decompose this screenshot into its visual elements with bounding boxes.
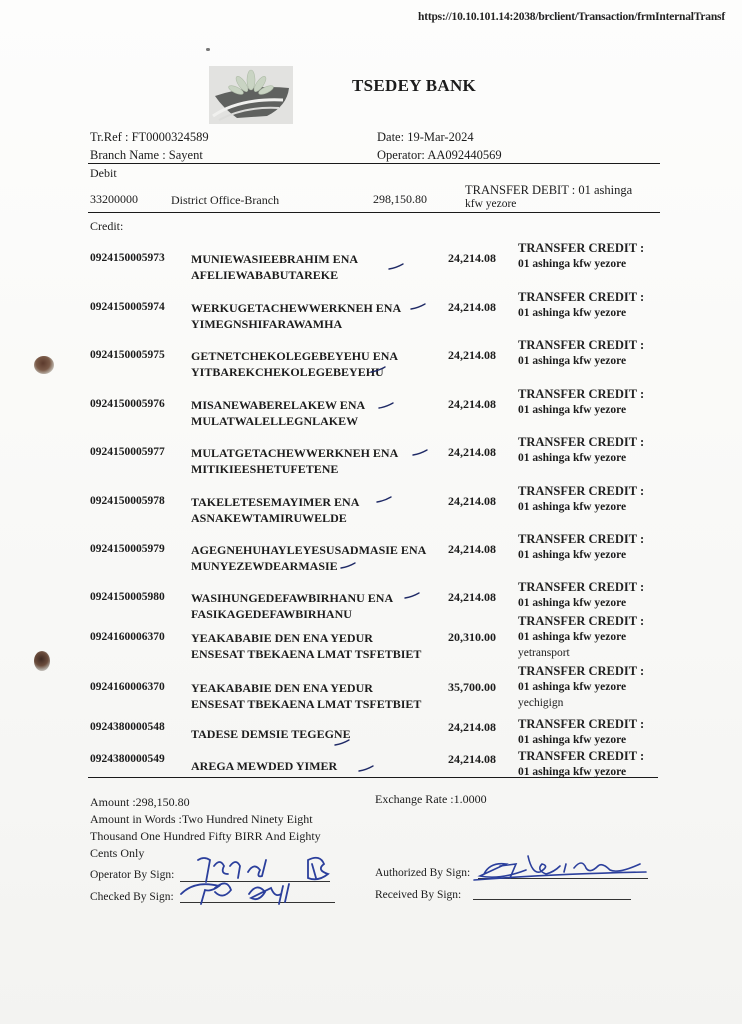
- punch-hole: [34, 651, 50, 671]
- checkmark-icon: [334, 739, 350, 747]
- bank-name: TSEDEY BANK: [352, 76, 476, 96]
- credit-account-number: 0924150005979: [90, 543, 165, 555]
- credit-divider: [88, 777, 658, 778]
- checkmark-icon: [358, 765, 374, 773]
- checkmark-icon: [404, 592, 420, 600]
- credit-account-number: 0924380000549: [90, 753, 165, 765]
- credit-account-name: MUNIEWASIEEBRAHIM ENAAFELIEWABABUTAREKE: [191, 251, 358, 283]
- authorized-signature-icon: [470, 852, 650, 884]
- credit-description: TRANSFER CREDIT :01 ashinga kfw yezore: [518, 337, 644, 369]
- credit-account-number: 0924150005978: [90, 495, 165, 507]
- checkmark-icon: [340, 562, 356, 570]
- credit-description: TRANSFER CREDIT :01 ashinga kfw yezore: [518, 483, 644, 515]
- debit-account: 33200000: [90, 192, 138, 207]
- credit-amount: 24,214.08: [448, 542, 496, 557]
- checked-signature-icon: [175, 876, 305, 908]
- credit-account-number: 0924160006370: [90, 631, 165, 643]
- credit-account-number: 0924160006370: [90, 681, 165, 693]
- credit-amount: 24,214.08: [448, 720, 496, 735]
- credit-account-number: 0924150005973: [90, 252, 165, 264]
- credit-amount: 24,214.08: [448, 397, 496, 412]
- transaction-date: Date: 19-Mar-2024: [377, 130, 474, 145]
- credit-description: TRANSFER CREDIT :01 ashinga kfw yezore: [518, 579, 644, 611]
- credit-account-name: AGEGNEHUHAYLEYESUSADMASIE ENAMUNYEZEWDEA…: [191, 542, 426, 574]
- credit-amount: 24,214.08: [448, 445, 496, 460]
- operator-sign-label: Operator By Sign:: [90, 869, 174, 881]
- credit-account-number: 0924380000548: [90, 721, 165, 733]
- credit-amount: 24,214.08: [448, 752, 496, 767]
- credit-account-name: MULATGETACHEWWERKNEH ENAMITIKIEESHETUFET…: [191, 445, 398, 477]
- bank-logo-icon: [209, 66, 293, 124]
- credit-account-name: MISANEWABERELAKEW ENAMULATWALELLEGNLAKEW: [191, 397, 365, 429]
- credit-account-name: AREGA MEWDED YIMER: [191, 758, 337, 774]
- credit-amount: 20,310.00: [448, 630, 496, 645]
- credit-description: TRANSFER CREDIT :01 ashinga kfw yezoreye…: [518, 613, 644, 661]
- credit-account-number: 0924150005976: [90, 398, 165, 410]
- scanned-transfer-slip: https://10.10.101.14:2038/brclient/Trans…: [0, 0, 742, 1024]
- credit-account-name: TAKELETESEMAYIMER ENAASNAKEWTAMIRUWELDE: [191, 494, 359, 526]
- credit-amount: 24,214.08: [448, 348, 496, 363]
- credit-account-number: 0924150005974: [90, 301, 165, 313]
- credit-amount: 24,214.08: [448, 300, 496, 315]
- checkmark-icon: [410, 303, 426, 311]
- amount-in-words-line1: Amount in Words :Two Hundred Ninety Eigh…: [90, 812, 313, 827]
- debit-label: Debit: [90, 166, 117, 181]
- credit-description: TRANSFER CREDIT :01 ashinga kfw yezore: [518, 716, 644, 748]
- credit-description: TRANSFER CREDIT :01 ashinga kfw yezore: [518, 240, 644, 272]
- credit-account-number: 0924150005980: [90, 591, 165, 603]
- credit-account-number: 0924150005975: [90, 349, 165, 361]
- checkmark-icon: [388, 263, 404, 271]
- operator-id: Operator: AA092440569: [377, 148, 502, 163]
- debit-description: TRANSFER DEBIT : 01 ashinga kfw yezore: [465, 182, 632, 211]
- received-sign-label: Received By Sign:: [375, 889, 461, 901]
- credit-description: TRANSFER CREDIT :01 ashinga kfw yezore: [518, 289, 644, 321]
- punch-hole: [34, 356, 54, 374]
- credit-account-number: 0924150005977: [90, 446, 165, 458]
- speck: [206, 48, 210, 51]
- credit-amount: 24,214.08: [448, 590, 496, 605]
- credit-account-name: GETNETCHEKOLEGEBEYEHU ENAYITBAREKCHEKOLE…: [191, 348, 398, 380]
- total-amount: Amount :298,150.80: [90, 795, 190, 810]
- debit-amount: 298,150.80: [373, 192, 427, 207]
- credit-account-name: WERKUGETACHEWWERKNEH ENAYIMEGNSHIFARAWAM…: [191, 300, 401, 332]
- received-sign-line: [473, 899, 631, 900]
- credit-description: TRANSFER CREDIT :01 ashinga kfw yezore: [518, 386, 644, 418]
- checkmark-icon: [370, 366, 386, 374]
- credit-amount: 24,214.08: [448, 251, 496, 266]
- credit-account-name: TADESE DEMSIE TEGEGNE: [191, 726, 351, 742]
- authorized-sign-label: Authorized By Sign:: [375, 867, 470, 879]
- credit-account-name: YEAKABABIE DEN ENA YEDURENSESAT TBEKAENA…: [191, 680, 421, 712]
- debit-divider: [88, 212, 660, 213]
- credit-amount: 35,700.00: [448, 680, 496, 695]
- credit-account-name: WASIHUNGEDEFAWBIRHANU ENAFASIKAGEDEFAWBI…: [191, 590, 393, 622]
- exchange-rate: Exchange Rate :1.0000: [375, 792, 487, 807]
- credit-account-name: YEAKABABIE DEN ENA YEDURENSESAT TBEKAENA…: [191, 630, 421, 662]
- credit-description: TRANSFER CREDIT :01 ashinga kfw yezore: [518, 434, 644, 466]
- checkmark-icon: [376, 496, 392, 504]
- checked-sign-label: Checked By Sign:: [90, 891, 174, 903]
- checkmark-icon: [378, 402, 394, 410]
- credit-label: Credit:: [90, 219, 123, 234]
- credit-description: TRANSFER CREDIT :01 ashinga kfw yezore: [518, 531, 644, 563]
- checkmark-icon: [412, 449, 428, 457]
- credit-description: TRANSFER CREDIT :01 ashinga kfw yezoreye…: [518, 663, 644, 711]
- credit-description: TRANSFER CREDIT :01 ashinga kfw yezore: [518, 748, 644, 780]
- amount-in-words-line2: Thousand One Hundred Fifty BIRR And Eigh…: [90, 829, 321, 844]
- debit-account-name: District Office-Branch: [171, 192, 279, 208]
- amount-in-words-line3: Cents Only: [90, 846, 144, 861]
- print-url: https://10.10.101.14:2038/brclient/Trans…: [418, 11, 725, 23]
- transaction-reference: Tr.Ref : FT0000324589: [90, 130, 209, 145]
- credit-amount: 24,214.08: [448, 494, 496, 509]
- branch-name: Branch Name : Sayent: [90, 148, 203, 163]
- header-divider: [88, 163, 660, 164]
